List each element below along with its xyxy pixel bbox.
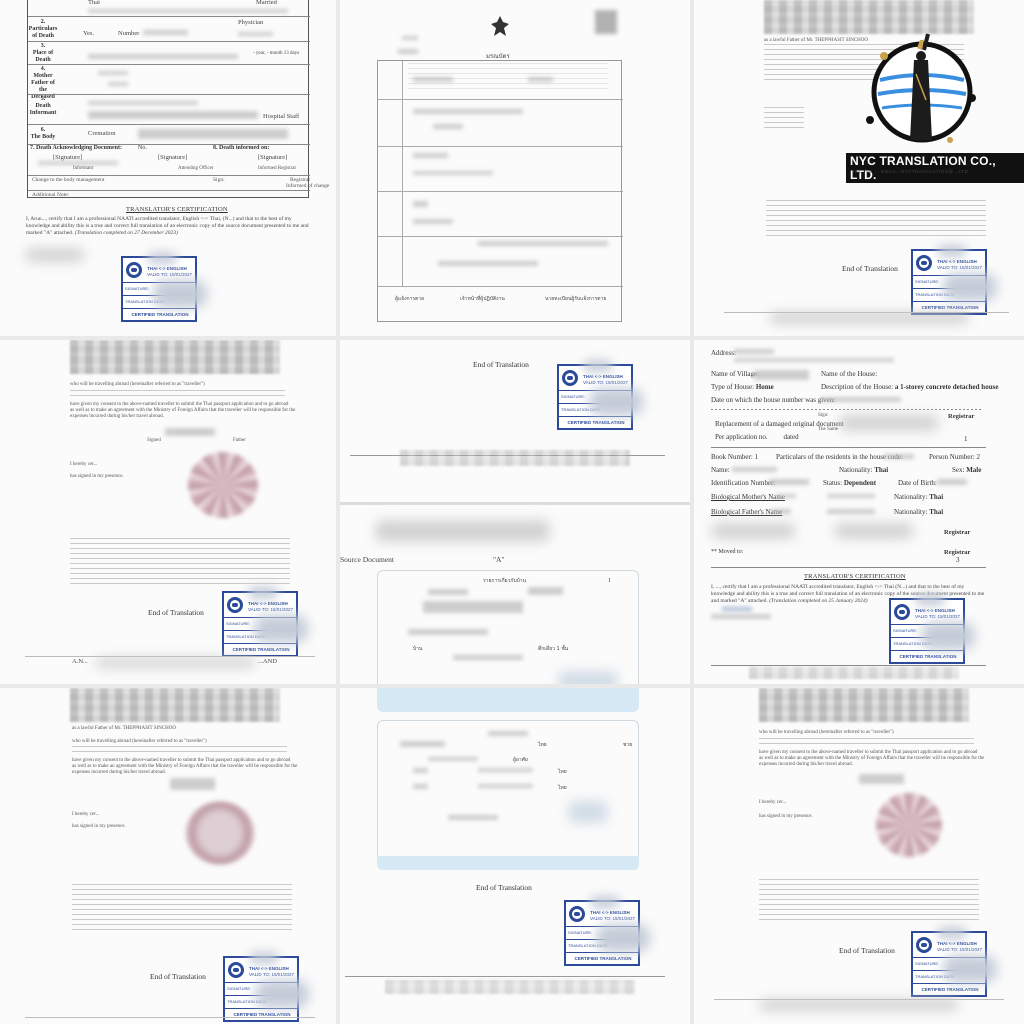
tile-consent-translation-3: who will be travelling abroad (hereinaft… bbox=[694, 688, 1024, 1024]
official-seal bbox=[188, 452, 258, 518]
end-of-translation: End of Translation bbox=[150, 972, 206, 981]
tile-death-certificate-translation: Thai Married 2.Particulars of Death Phys… bbox=[0, 0, 336, 336]
end-of-translation: End of Translation bbox=[473, 360, 529, 369]
naati-logo-icon bbox=[916, 937, 932, 953]
cert-body: I, Arun..., certify that I am a professi… bbox=[26, 216, 311, 237]
naati-logo-icon bbox=[227, 597, 243, 613]
tile-house-registration-translation: Address: Name of Village: Name of the Ho… bbox=[694, 340, 1024, 684]
naati-logo-icon bbox=[916, 255, 932, 271]
certified-translator-stamp: THAI <-> ENGLISH VALID TO: 15/01/2027 SI… bbox=[121, 256, 197, 322]
certified-translator-stamp: THAI <-> ENGLISH VALID TO: 15/01/2027 SI… bbox=[889, 598, 965, 664]
certified-translator-stamp: THAI <-> ENGLISH VALID TO: 15/01/2027 SI… bbox=[222, 591, 298, 657]
nyc-translation-banner: NYC TRANSLATION CO., LTD. bbox=[846, 153, 1024, 183]
certified-translator-stamp: THAI <-> ENGLISH VALID TO: 15/01/2027 SI… bbox=[564, 900, 640, 966]
tile-house-registration-source: End of Translation THAI <-> ENGLISH VALI… bbox=[340, 340, 690, 684]
naati-logo-icon bbox=[126, 262, 142, 278]
source-document-label: Source Document bbox=[340, 555, 394, 564]
house-details-box: รายการเกี่ยวกับบ้าน 1 บ้าน ตึกเดี่ยว 1 ช… bbox=[377, 570, 639, 684]
end-of-translation: End of Translation bbox=[476, 883, 532, 892]
resident-details-box: ไทย ชาย ผู้อาศัย ไทย ไทย bbox=[377, 720, 639, 870]
tile-consent-translation-logo: as a lawful Father of Mr. THEPPHASIT SIN… bbox=[694, 0, 1024, 336]
cert-title: TRANSLATOR'S CERTIFICATION bbox=[126, 206, 228, 213]
naati-logo-icon bbox=[562, 370, 578, 386]
naati-logo-icon bbox=[228, 962, 244, 978]
end-of-translation: End of Translation bbox=[842, 264, 898, 273]
certified-translator-stamp: THAI <-> ENGLISH VALID TO: 15/01/2027 SI… bbox=[911, 931, 987, 997]
official-seal bbox=[185, 801, 255, 865]
death-certificate-form: Thai Married 2.Particulars of Death Phys… bbox=[27, 0, 309, 198]
tile-consent-translation: who will be travelling abroad (hereinaft… bbox=[0, 340, 336, 684]
cert-title: TRANSLATOR'S CERTIFICATION bbox=[804, 573, 906, 580]
garuda-emblem-icon bbox=[490, 14, 510, 40]
certified-translator-stamp: THAI <-> ENGLISH VALID TO: 15/01/2027 SI… bbox=[557, 364, 633, 430]
nyc-translation-logo bbox=[862, 30, 982, 150]
tile-consent-translation-2: as a lawful Father of Mr. THEPPHASIT SIN… bbox=[0, 688, 336, 1024]
death-certificate-source-form bbox=[377, 60, 622, 322]
certified-translator-stamp: THAI <-> ENGLISH VALID TO: 15/01/2027 SI… bbox=[911, 249, 987, 315]
naati-logo-icon bbox=[894, 604, 910, 620]
end-of-translation: End of Translation bbox=[839, 946, 895, 955]
tile-thai-death-certificate: มรณบัตร ผู้แจ้งการตาย เจ้าหน้าที่ผู้ปฏิบ… bbox=[340, 0, 690, 336]
official-seal bbox=[876, 793, 942, 857]
tile-house-resident-source: ไทย ชาย ผู้อาศัย ไทย ไทย End of Translat… bbox=[340, 688, 690, 1024]
certified-translator-stamp: THAI <-> ENGLISH VALID TO: 15/01/2027 SI… bbox=[223, 956, 299, 1022]
end-of-translation: End of Translation bbox=[148, 608, 204, 617]
naati-logo-icon bbox=[569, 906, 585, 922]
